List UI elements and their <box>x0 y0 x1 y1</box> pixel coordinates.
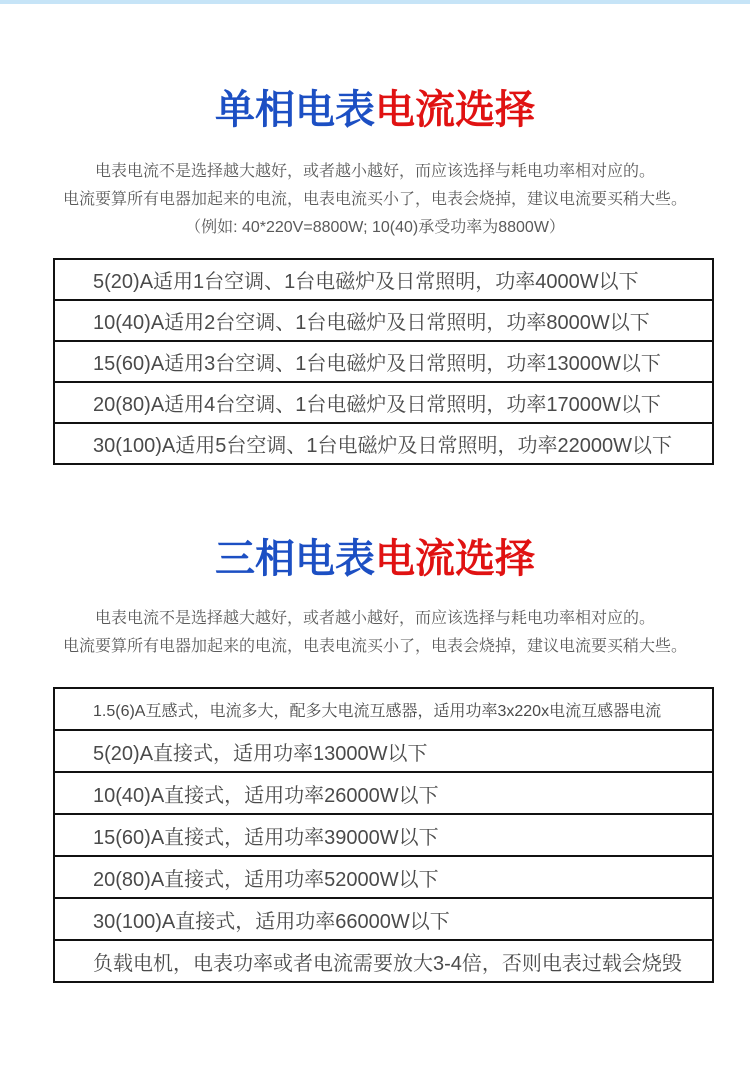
three-phase-section-title: 三相电表电流选择 <box>0 537 750 581</box>
table-row: 15(60)A直接式，适用功率39000W以下 <box>55 815 712 857</box>
table-row-motor-load-warning: 负载电机，电表功率或者电流需要放大3-4倍，否则电表过载会烧毁 <box>55 941 712 981</box>
table-row-transformer-type: 1.5(6)A互感式，电流多大，配多大电流互感器，适用功率3x220x电流互感器… <box>55 689 712 731</box>
three-phase-title-red-part: 电流选择 <box>375 537 535 581</box>
single-phase-intro-paragraph: 电表电流不是选择越大越好，或者越小越好，而应该选择与耗电功率相对应的。 电流要算… <box>0 158 750 242</box>
single-phase-title-red-part: 电流选择 <box>375 88 535 132</box>
table-row: 10(40)A适用2台空调、1台电磁炉及日常照明，功率8000W以下 <box>55 301 712 342</box>
table-row: 5(20)A直接式，适用功率13000W以下 <box>55 731 712 773</box>
table-row: 20(80)A直接式，适用功率52000W以下 <box>55 857 712 899</box>
table-row: 10(40)A直接式，适用功率26000W以下 <box>55 773 712 815</box>
intro-line: 电流要算所有电器加起来的电流，电表电流买小了，电表会烧掉，建议电流要买稍大些。 <box>0 633 750 661</box>
table-row: 5(20)A适用1台空调、1台电磁炉及日常照明，功率4000W以下 <box>55 260 712 301</box>
three-phase-title-blue-part: 三相电表 <box>215 537 375 581</box>
three-phase-current-table: 1.5(6)A互感式，电流多大，配多大电流互感器，适用功率3x220x电流互感器… <box>53 687 714 983</box>
table-row: 30(100)A直接式，适用功率66000W以下 <box>55 899 712 941</box>
table-row: 30(100)A适用5台空调、1台电磁炉及日常照明，功率22000W以下 <box>55 424 712 463</box>
table-row: 15(60)A适用3台空调、1台电磁炉及日常照明，功率13000W以下 <box>55 342 712 383</box>
three-phase-intro-paragraph: 电表电流不是选择越大越好，或者越小越好，而应该选择与耗电功率相对应的。 电流要算… <box>0 605 750 661</box>
table-row: 20(80)A适用4台空调、1台电磁炉及日常照明，功率17000W以下 <box>55 383 712 424</box>
top-image-edge-strip <box>0 0 750 4</box>
intro-example-line: （例如: 40*220V=8800W; 10(40)承受功率为8800W） <box>0 214 750 242</box>
single-phase-current-table: 5(20)A适用1台空调、1台电磁炉及日常照明，功率4000W以下 10(40)… <box>53 258 714 465</box>
intro-line: 电流要算所有电器加起来的电流，电表电流买小了，电表会烧掉，建议电流要买稍大些。 <box>0 186 750 214</box>
product-description-page: 单相电表电流选择 电表电流不是选择越大越好，或者越小越好，而应该选择与耗电功率相… <box>0 0 750 1080</box>
single-phase-section-title: 单相电表电流选择 <box>0 88 750 132</box>
intro-line: 电表电流不是选择越大越好，或者越小越好，而应该选择与耗电功率相对应的。 <box>0 605 750 633</box>
intro-line: 电表电流不是选择越大越好，或者越小越好，而应该选择与耗电功率相对应的。 <box>0 158 750 186</box>
single-phase-title-blue-part: 单相电表 <box>215 88 375 132</box>
